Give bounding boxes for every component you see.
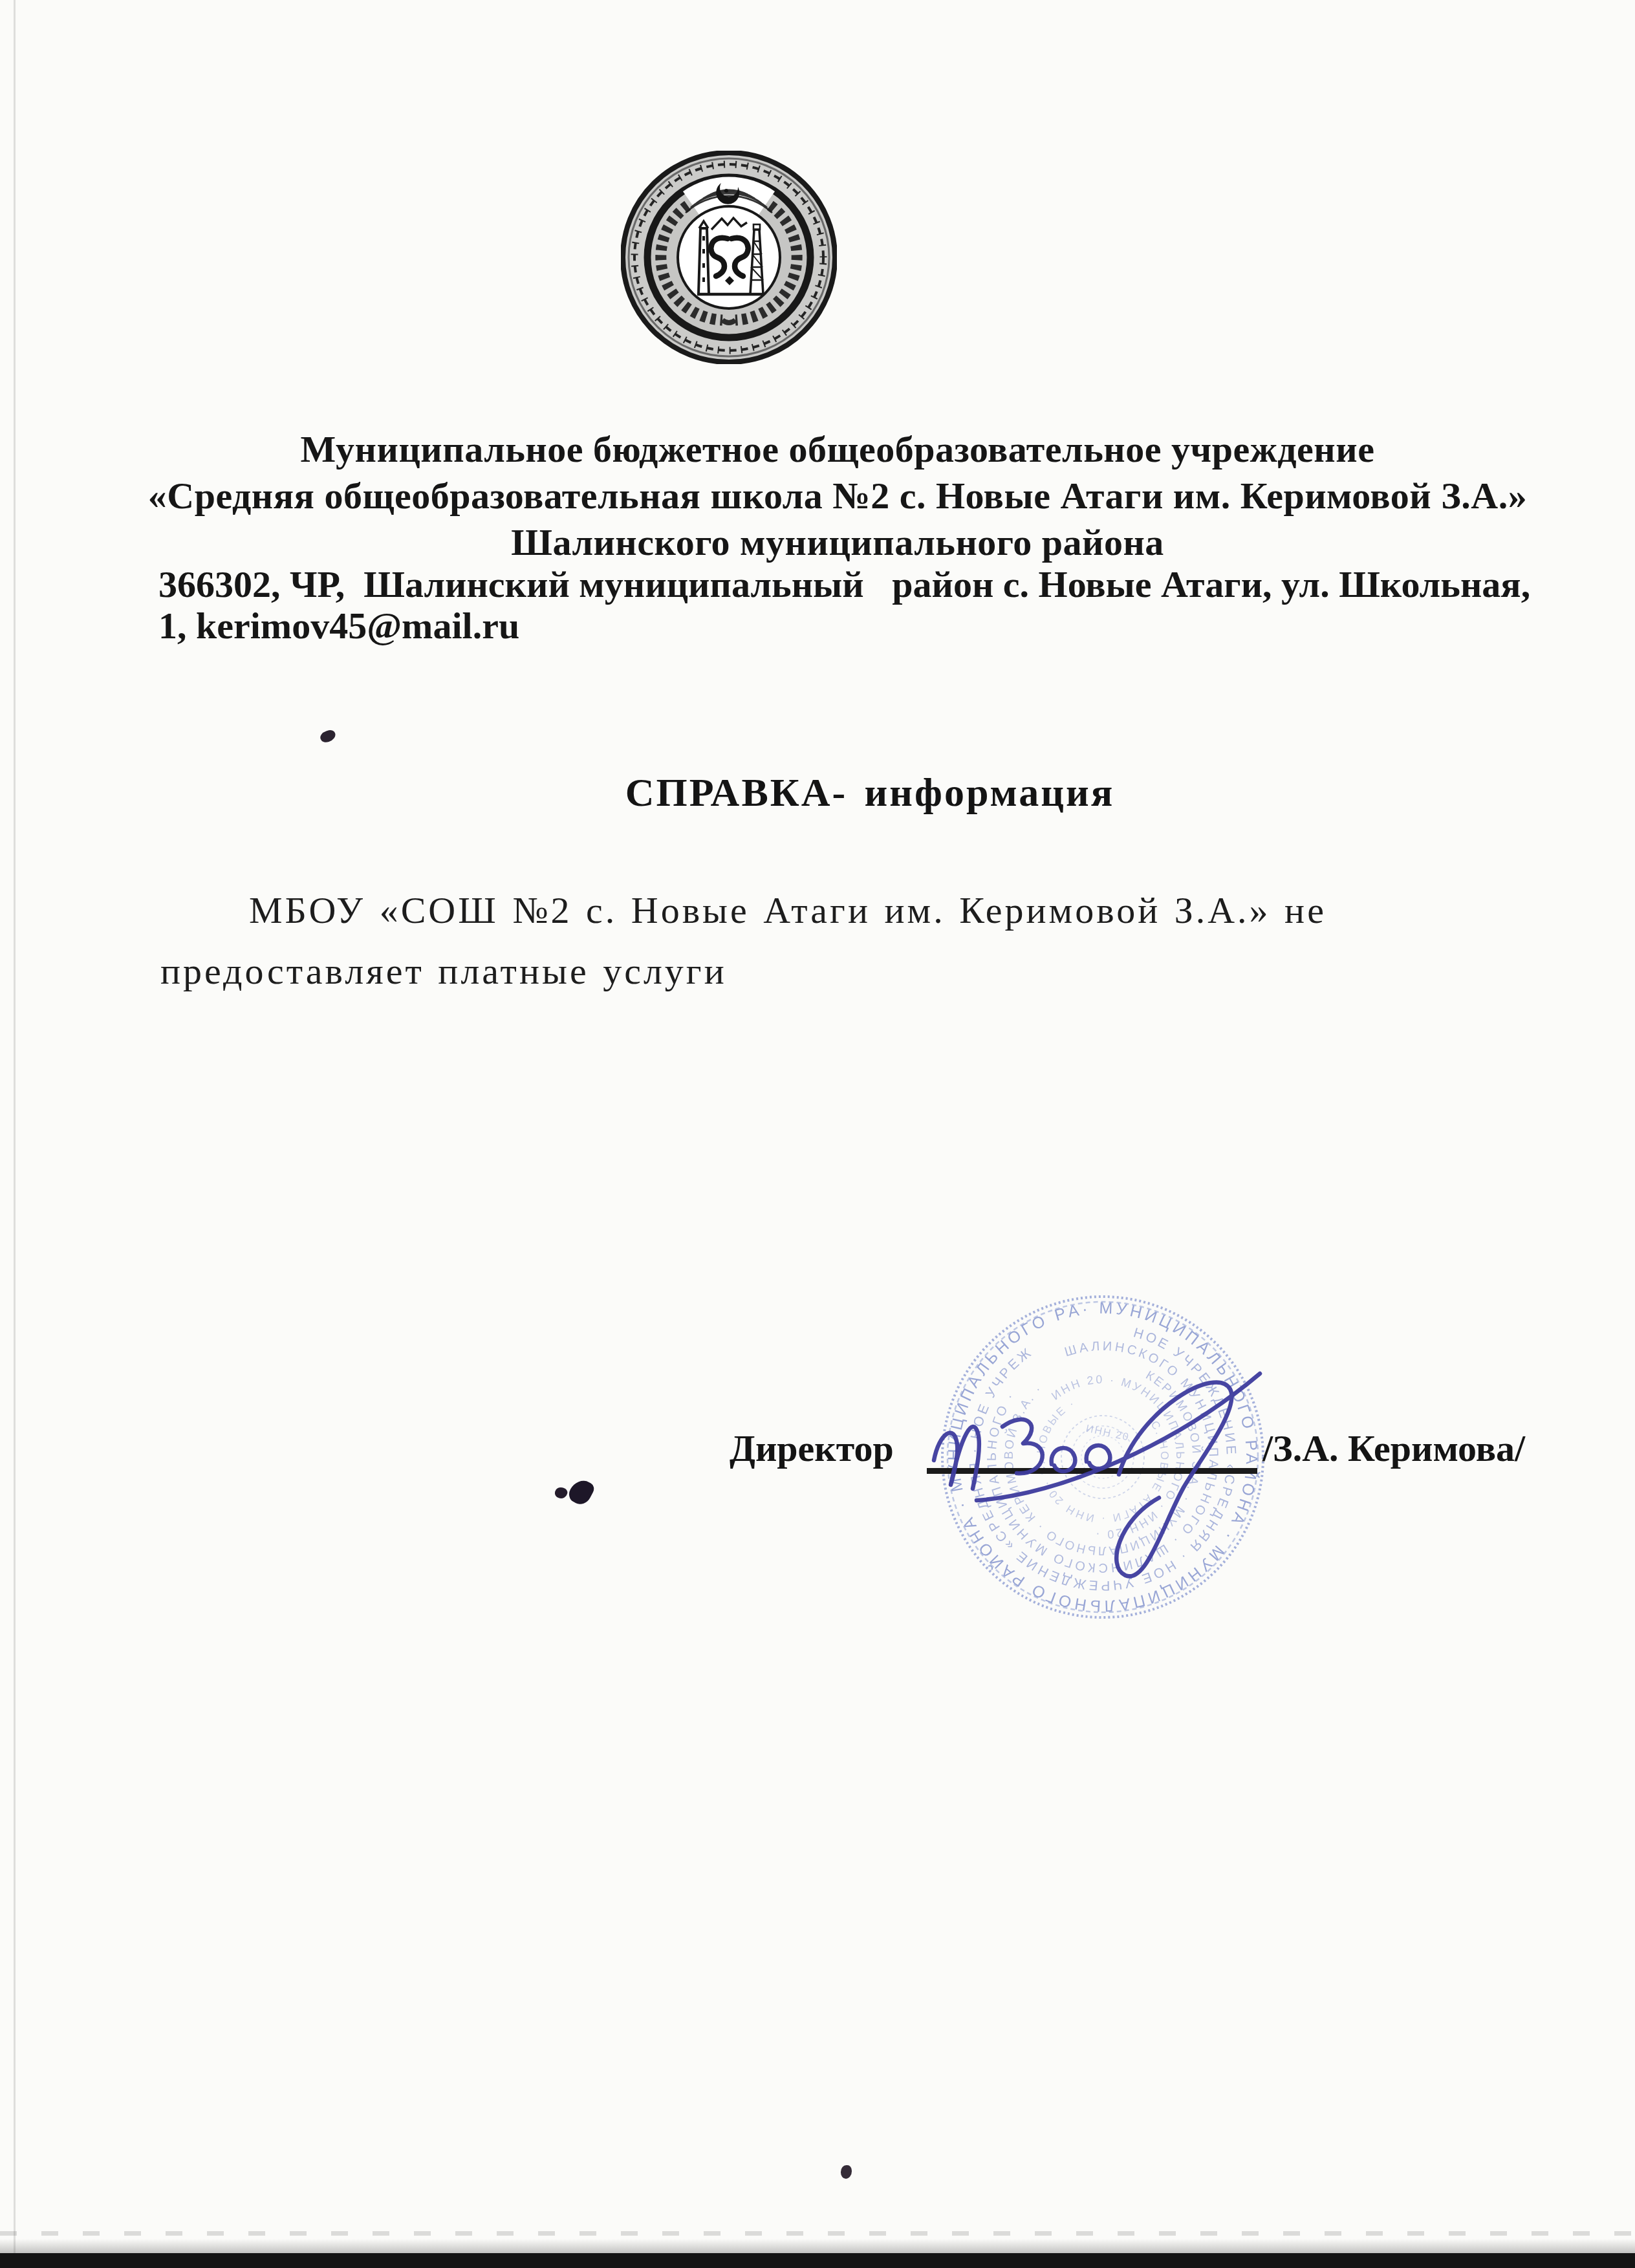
org-name-line1: Муниципальное бюджетное общеобразователь… [129, 426, 1546, 473]
document-page: Муниципальное бюджетное общеобразователь… [0, 0, 1635, 2268]
org-name-line2: «Средняя общеобразовательная школа №2 с.… [129, 473, 1546, 519]
ink-blot [566, 1476, 596, 1507]
coat-of-arms-emblem-icon [621, 151, 837, 364]
org-header: Муниципальное бюджетное общеобразователь… [129, 426, 1546, 566]
scan-noise-artifact [0, 2231, 1635, 2236]
org-name-line3: Шалинского муниципального района [129, 519, 1546, 566]
org-address-line2: 1, kerimov45@mail.ru [158, 605, 1581, 647]
document-title: СПРАВКА- информация [158, 772, 1546, 814]
ink-speck [841, 2165, 852, 2179]
handwritten-signature [905, 1306, 1319, 1617]
signature-role-label: Директор [730, 1430, 894, 1467]
ink-speck [319, 729, 337, 744]
body-text-line2: предоставляет платные услуги [160, 953, 727, 990]
scan-shadow-artifact [0, 2239, 1635, 2254]
org-address-line1: 366302, ЧР, Шалинский муниципальный райо… [158, 564, 1581, 605]
scan-edge-artifact [14, 0, 16, 2268]
org-address: 366302, ЧР, Шалинский муниципальный райо… [158, 564, 1581, 647]
body-text-line1: МБОУ «СОШ №2 с. Новые Атаги им. Керимово… [249, 892, 1326, 929]
ink-speck [554, 1486, 568, 1500]
scan-bottom-edge-artifact [0, 2253, 1635, 2268]
